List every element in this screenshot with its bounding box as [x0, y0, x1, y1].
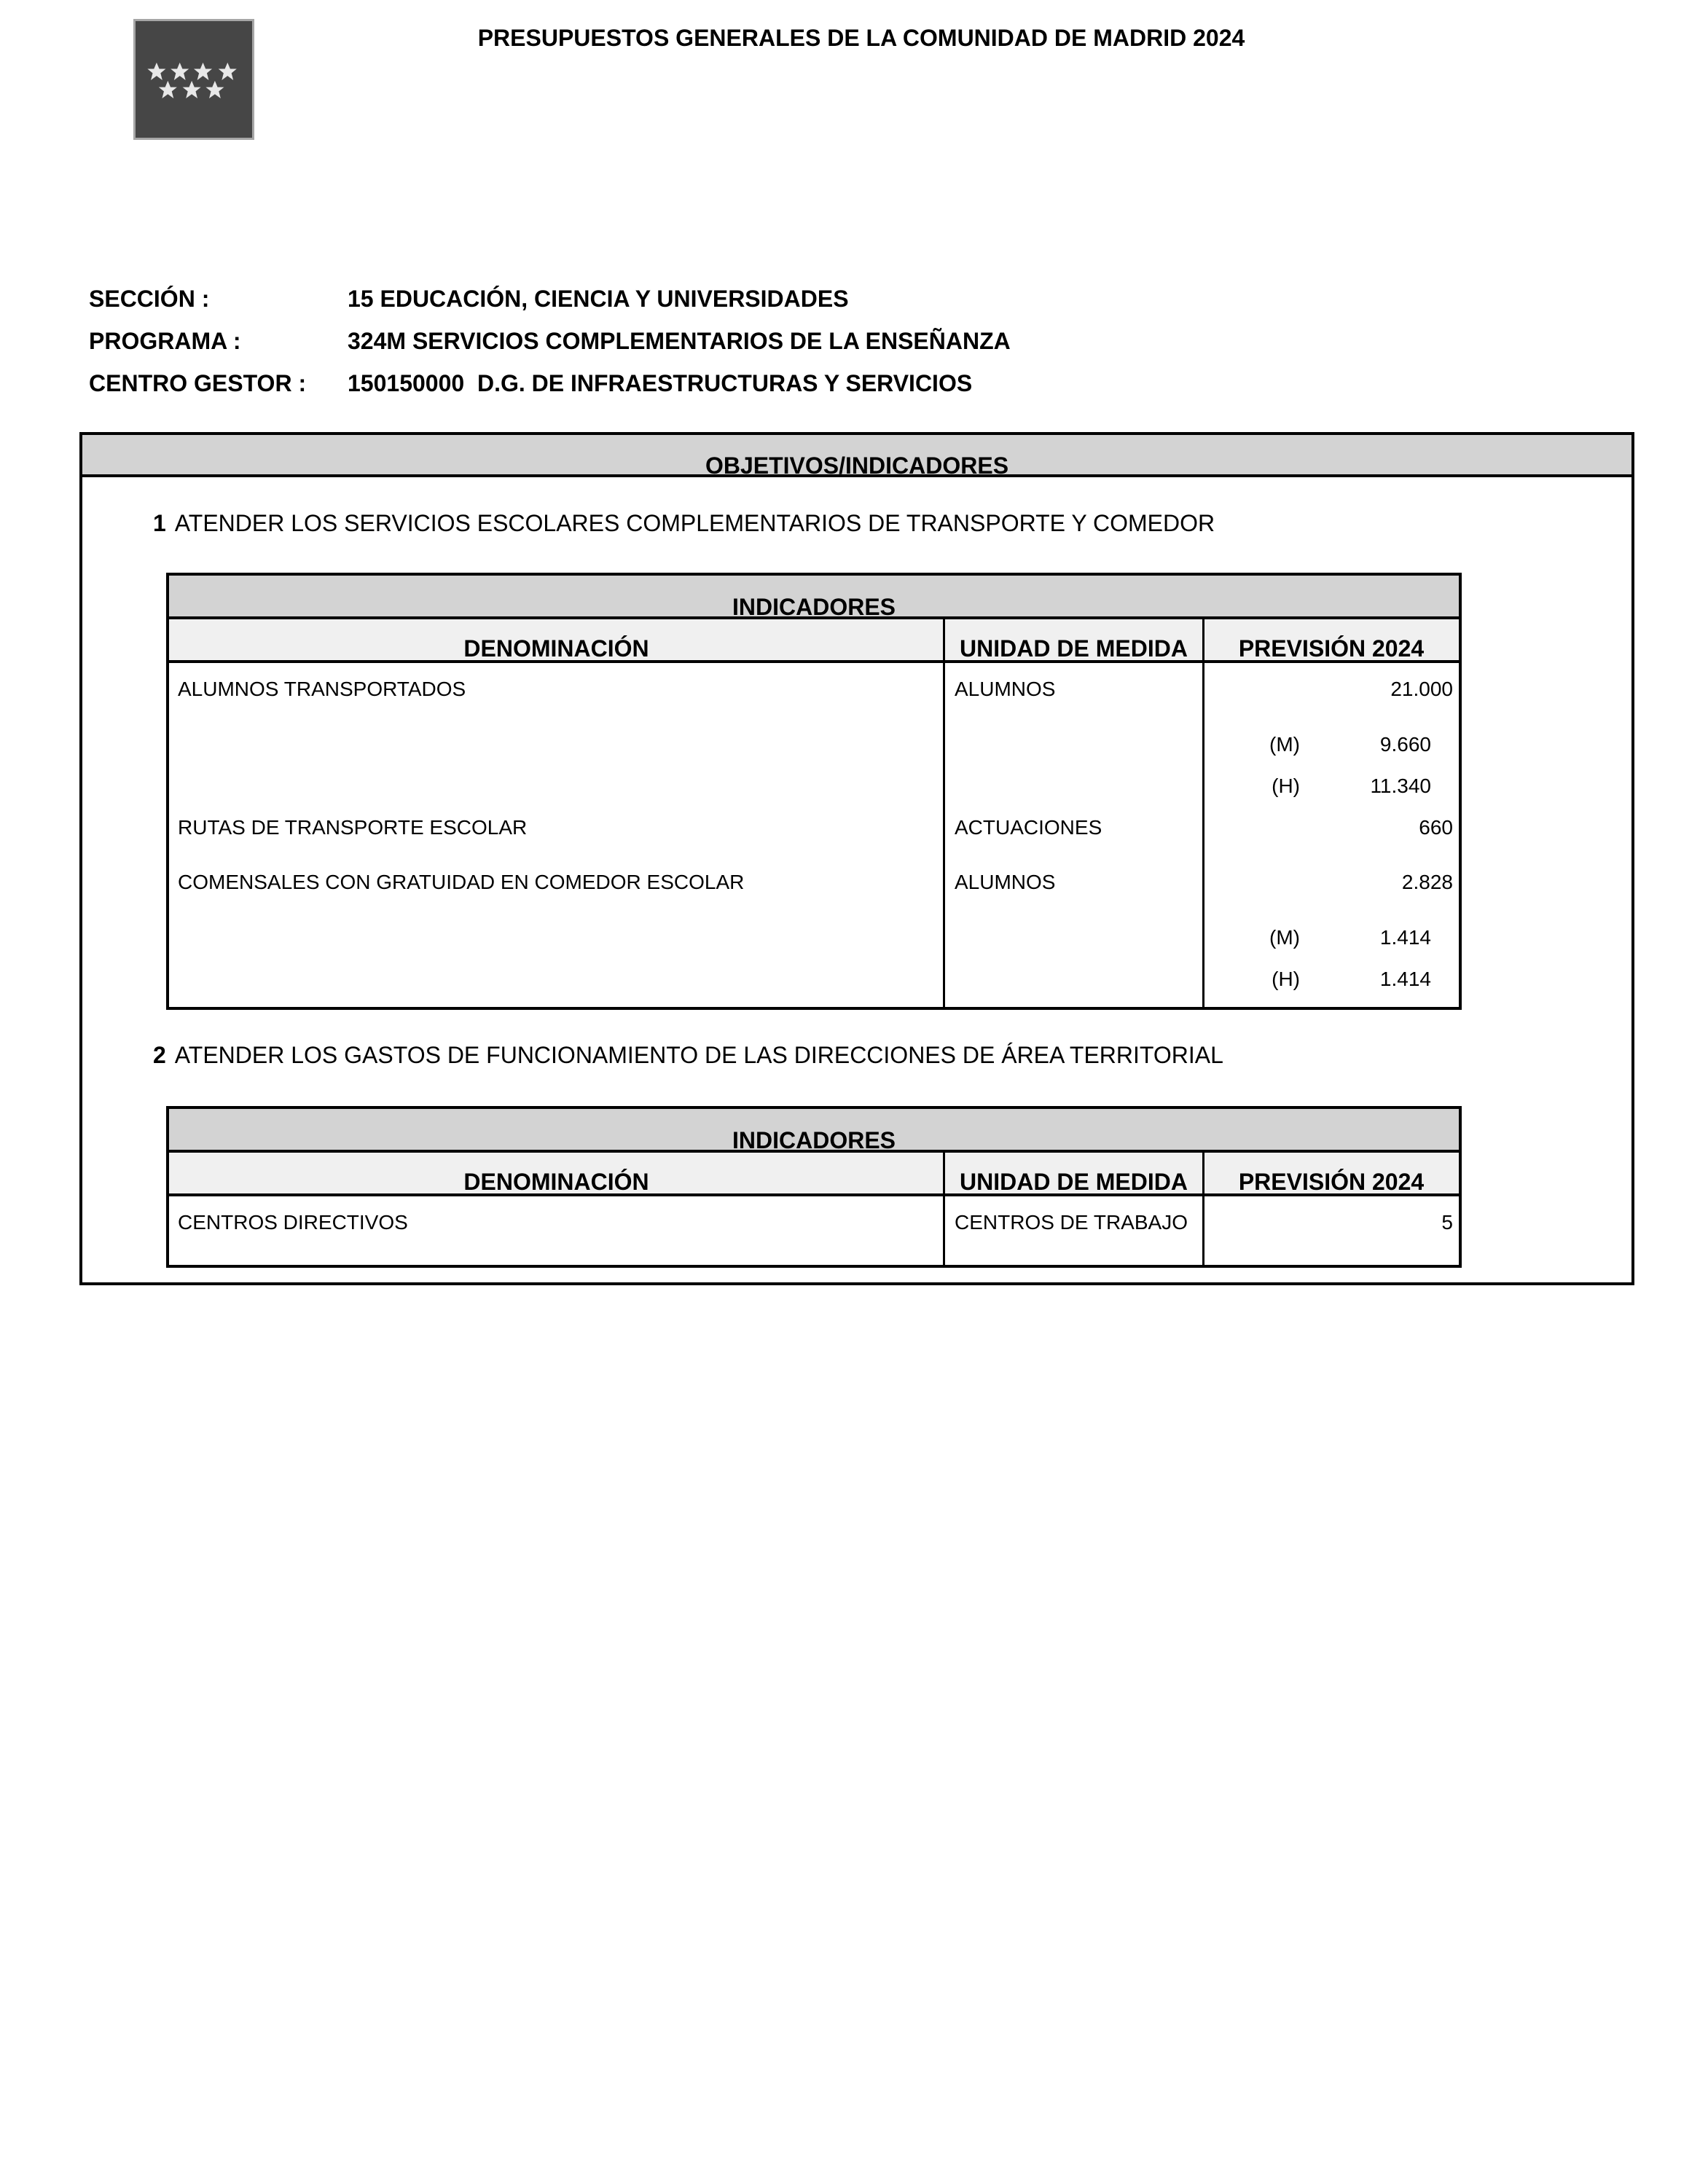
objective-number: 1 [153, 510, 166, 536]
row-unidad: ALUMNOS [955, 678, 1055, 701]
objective-number: 2 [153, 1042, 166, 1068]
row-unidad: ACTUACIONES [955, 816, 1102, 839]
indicators-title: INDICADORES [169, 1109, 1459, 1153]
column-header-prevision: PREVISIÓN 2024 [1204, 619, 1459, 663]
indicators-title: INDICADORES [169, 576, 1459, 619]
section-title: OBJETIVOS/INDICADORES [82, 435, 1631, 477]
row-denominacion: CENTROS DIRECTIVOS [178, 1211, 408, 1234]
row-prevision: 2.828 [1402, 871, 1453, 894]
row-prevision: 660 [1419, 816, 1453, 839]
document-title-text: PRESUPUESTOS GENERALES DE LA COMUNIDAD D… [478, 25, 1245, 51]
column-divider [943, 619, 945, 1007]
objective-1: 1ATENDER LOS SERVICIOS ESCOLARES COMPLEM… [153, 510, 1215, 537]
row-denominacion: ALUMNOS TRANSPORTADOS [178, 678, 466, 701]
breakdown-value: 9.660 [1380, 733, 1431, 756]
objective-2: 2ATENDER LOS GASTOS DE FUNCIONAMIENTO DE… [153, 1042, 1223, 1069]
column-divider [1202, 619, 1204, 1007]
column-divider [943, 1153, 945, 1265]
row-unidad: CENTROS DE TRABAJO [955, 1211, 1188, 1234]
column-divider [1202, 1153, 1204, 1265]
column-header-unidad: UNIDAD DE MEDIDA [944, 1153, 1204, 1196]
objective-text: ATENDER LOS SERVICIOS ESCOLARES COMPLEME… [175, 510, 1215, 536]
programa-label: PROGRAMA : [89, 328, 241, 355]
centro-gestor-value: 150150000 D.G. DE INFRAESTRUCTURAS Y SER… [348, 370, 972, 397]
indicators-table-1: INDICADORES DENOMINACIÓN UNIDAD DE MEDID… [166, 573, 1462, 1010]
row-denominacion: COMENSALES CON GRATUIDAD EN COMEDOR ESCO… [178, 871, 744, 894]
breakdown-label: (H) [1272, 775, 1300, 798]
programa-value: 324M SERVICIOS COMPLEMENTARIOS DE LA ENS… [348, 328, 1011, 355]
indicators-table-2: INDICADORES DENOMINACIÓN UNIDAD DE MEDID… [166, 1106, 1462, 1268]
breakdown-label: (M) [1269, 733, 1300, 756]
breakdown-value: 11.340 [1370, 775, 1431, 798]
column-header-prevision: PREVISIÓN 2024 [1204, 1153, 1459, 1196]
seccion-label: SECCIÓN : [89, 286, 209, 313]
seccion-value: 15 EDUCACIÓN, CIENCIA Y UNIVERSIDADES [348, 286, 849, 313]
document-title: PRESUPUESTOS GENERALES DE LA COMUNIDAD D… [0, 25, 1708, 52]
breakdown-label: (H) [1272, 968, 1300, 991]
row-prevision: 21.000 [1390, 678, 1453, 701]
column-header-denominacion: DENOMINACIÓN [169, 1153, 944, 1196]
centro-gestor-label: CENTRO GESTOR : [89, 370, 306, 397]
column-header-unidad: UNIDAD DE MEDIDA [944, 619, 1204, 663]
row-prevision: 5 [1441, 1211, 1453, 1234]
breakdown-value: 1.414 [1380, 926, 1431, 949]
breakdown-label: (M) [1269, 926, 1300, 949]
breakdown-value: 1.414 [1380, 968, 1431, 991]
row-denominacion: RUTAS DE TRANSPORTE ESCOLAR [178, 816, 527, 839]
row-unidad: ALUMNOS [955, 871, 1055, 894]
objective-text: ATENDER LOS GASTOS DE FUNCIONAMIENTO DE … [175, 1042, 1223, 1068]
column-header-denominacion: DENOMINACIÓN [169, 619, 944, 663]
